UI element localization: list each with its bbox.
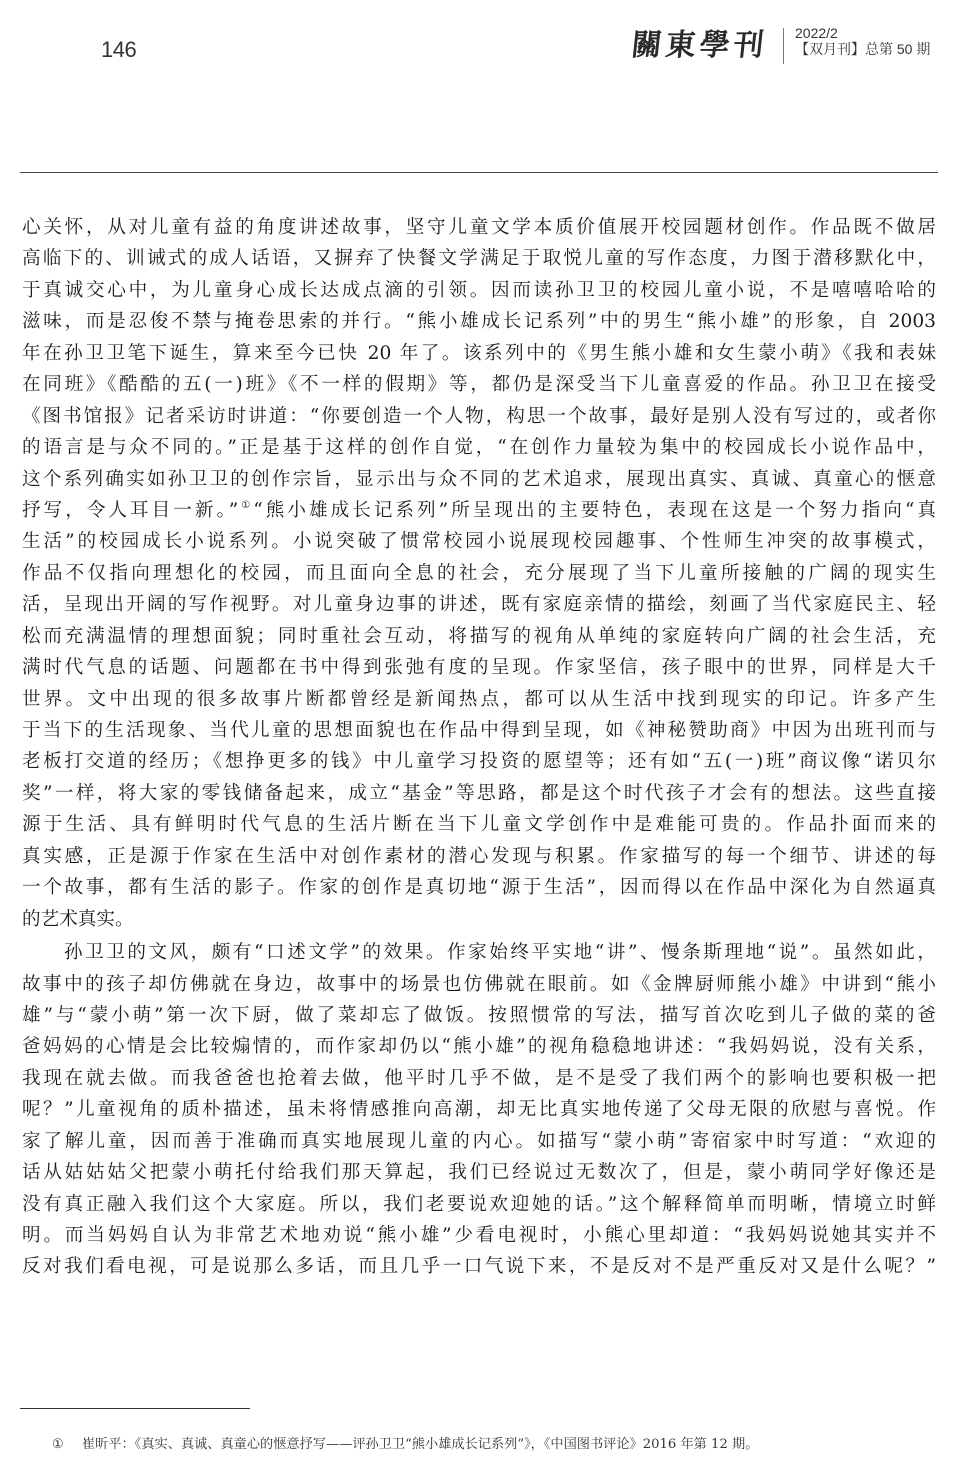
text-line: 松而充满温情的理想面貌；同时重社会互动，将描写的视角从单纯的家庭转向广阔的社会生… [22, 621, 936, 652]
footnote-rule [20, 1408, 250, 1409]
text-line: 话从姑姑姑父把蒙小萌托付给我们那天算起，我们已经说过无数次了，但是，蒙小萌同学好… [22, 1157, 936, 1188]
header-rule [20, 172, 938, 173]
text-line: 反对我们看电视，可是说那么多话，而且几乎一口气说下来，不是反对不是严重反对又是什… [22, 1251, 936, 1282]
journal-logo: 關東學刊 [630, 20, 771, 64]
text-line: 一个故事，都有生活的影子。作家的创作是真切地“源于生活”，因而得以在作品中深化为… [22, 872, 936, 903]
text-line: 在同班》《酷酷的五(一)班》《不一样的假期》等，都仍是深受当下儿童喜爱的作品。孙… [22, 369, 936, 400]
text-line: 《图书馆报》记者采访时讲道：“你要创造一个人物，构思一个故事，最好是别人没有写过… [22, 401, 936, 432]
text-line: 高临下的、训诫式的成人话语，又摒弃了快餐文学满足于取悦儿童的写作态度，力图于潜移… [22, 243, 936, 274]
issue-date: 2022/2 [795, 25, 930, 41]
text-line: 老板打交道的经历；《想挣更多的钱》中儿童学习投资的愿望等；还有如“五(一)班”商… [22, 746, 936, 777]
footnote: ①崔昕平：《真实、真诚、真童心的惬意抒写——评孙卫卫“熊小雄成长记系列”》，《中… [52, 1433, 758, 1452]
text-line: 年在孙卫卫笔下诞生，算来至今已快 20 年了。该系列中的《男生熊小雄和女生蒙小萌… [22, 338, 936, 369]
text-line: 这个系列确实如孙卫卫的创作宗旨，显示出与众不同的艺术追求，展现出真实、真诚、真童… [22, 464, 936, 495]
text-segment: 抒写，令人耳目一新。” [22, 500, 238, 521]
text-line: 家了解儿童，因而善于准确而真实地展现儿童的内心。如描写“蒙小萌”寄宿家中时写道：… [22, 1126, 936, 1157]
text-line: 明。而当妈妈自认为非常艺术地劝说“熊小雄”少看电视时，小熊心里却道：“我妈妈说她… [22, 1220, 936, 1251]
footnote-reference[interactable]: ① [238, 500, 253, 511]
text-line: 故事中的孩子却仿佛就在身边，故事中的场景也仿佛就在眼前。如《金牌厨师熊小雄》中讲… [22, 969, 936, 1000]
footnote-mark: ① [52, 1437, 82, 1452]
text-line: 爸妈妈的心情是会比较煽情的，而作家却仍以“熊小雄”的视角稳稳地讲述：“我妈妈说，… [22, 1031, 936, 1062]
text-line: 活，呈现出开阔的写作视野。对儿童身边事的讲述，既有家庭亲情的描绘，刻画了当代家庭… [22, 589, 936, 620]
text-line: 满时代气息的话题、问题都在书中得到张弛有度的呈现。作家坚信，孩子眼中的世界，同样… [22, 652, 936, 683]
text-line: 于真诚交心中，为儿童身心成长达成点滴的引领。因而读孙卫卫的校园儿童小说，不是嘻嘻… [22, 275, 936, 306]
text-segment: “熊小雄成长记系列”所呈现出的主要特色，表现在这是一个努力指向“真 [253, 500, 936, 521]
text-line: 源于生活、具有鲜明时代气息的生活片断在当下儿童文学创作中是难能可贵的。作品扑面而… [22, 809, 936, 840]
footnote-text: 崔昕平：《真实、真诚、真童心的惬意抒写——评孙卫卫“熊小雄成长记系列”》，《中国… [82, 1437, 758, 1452]
text-line: 孙卫卫的文风，颇有“口述文学”的效果。作家始终平实地“讲”、慢条斯理地“说”。虽… [22, 937, 936, 968]
text-line: 真实感，正是源于作家在生活中对创作素材的潜心发现与积累。作家描写的每一个细节、讲… [22, 841, 936, 872]
text-line: 我现在就去做。而我爸爸也抢着去做，他平时几乎不做，是不是受了我们两个的影响也要积… [22, 1063, 936, 1094]
text-line: 世界。文中出现的很多故事片断都曾经是新闻热点，都可以从生活中找到现实的印记。许多… [22, 684, 936, 715]
text-line: 抒写，令人耳目一新。”①“熊小雄成长记系列”所呈现出的主要特色，表现在这是一个努… [22, 495, 936, 526]
text-line: 奖”一样，将大家的零钱储备起来，成立“基金”等思路，都是这个时代孩子才会有的想法… [22, 778, 936, 809]
issue-label: 【双月刊】总第 50 期 [795, 41, 930, 57]
text-line: 没有真正融入我们这个大家庭。所以，我们老要说欢迎她的话。”这个解释简单而明晰，情… [22, 1189, 936, 1220]
article-body: 心关怀，从对儿童有益的角度讲述故事，坚守儿童文学本质价值展开校园题材创作。作品既… [22, 212, 936, 1283]
issue-info: 2022/2 【双月刊】总第 50 期 [795, 25, 930, 57]
page-number: 146 [101, 37, 136, 63]
text-line: 滋味，而是忍俊不禁与掩卷思索的并行。“熊小雄成长记系列”中的男生“熊小雄”的形象… [22, 306, 936, 337]
header-divider [783, 28, 784, 64]
text-line: 生活”的校园成长小说系列。小说突破了惯常校园小说展现校园趣事、个性师生冲突的故事… [22, 526, 936, 557]
text-line: 于当下的生活现象、当代儿童的思想面貌也在作品中得到呈现，如《神秘赞助商》中因为出… [22, 715, 936, 746]
text-line: 心关怀，从对儿童有益的角度讲述故事，坚守儿童文学本质价值展开校园题材创作。作品既… [22, 212, 936, 243]
text-line: 的艺术真实。 [22, 904, 936, 935]
text-line: 作品不仅指向理想化的校园，而且面向全息的社会，充分展现了当下儿童所接触的广阔的现… [22, 558, 936, 589]
text-line: 的语言是与众不同的。”正是基于这样的创作自觉，“在创作力量较为集中的校园成长小说… [22, 432, 936, 463]
text-line: 呢？”儿童视角的质朴描述，虽未将情感推向高潮，却无比真实地传递了父母无限的欣慰与… [22, 1094, 936, 1125]
text-line: 雄”与“蒙小萌”第一次下厨，做了菜却忘了做饭。按照惯常的写法，描写首次吃到儿子做… [22, 1000, 936, 1031]
